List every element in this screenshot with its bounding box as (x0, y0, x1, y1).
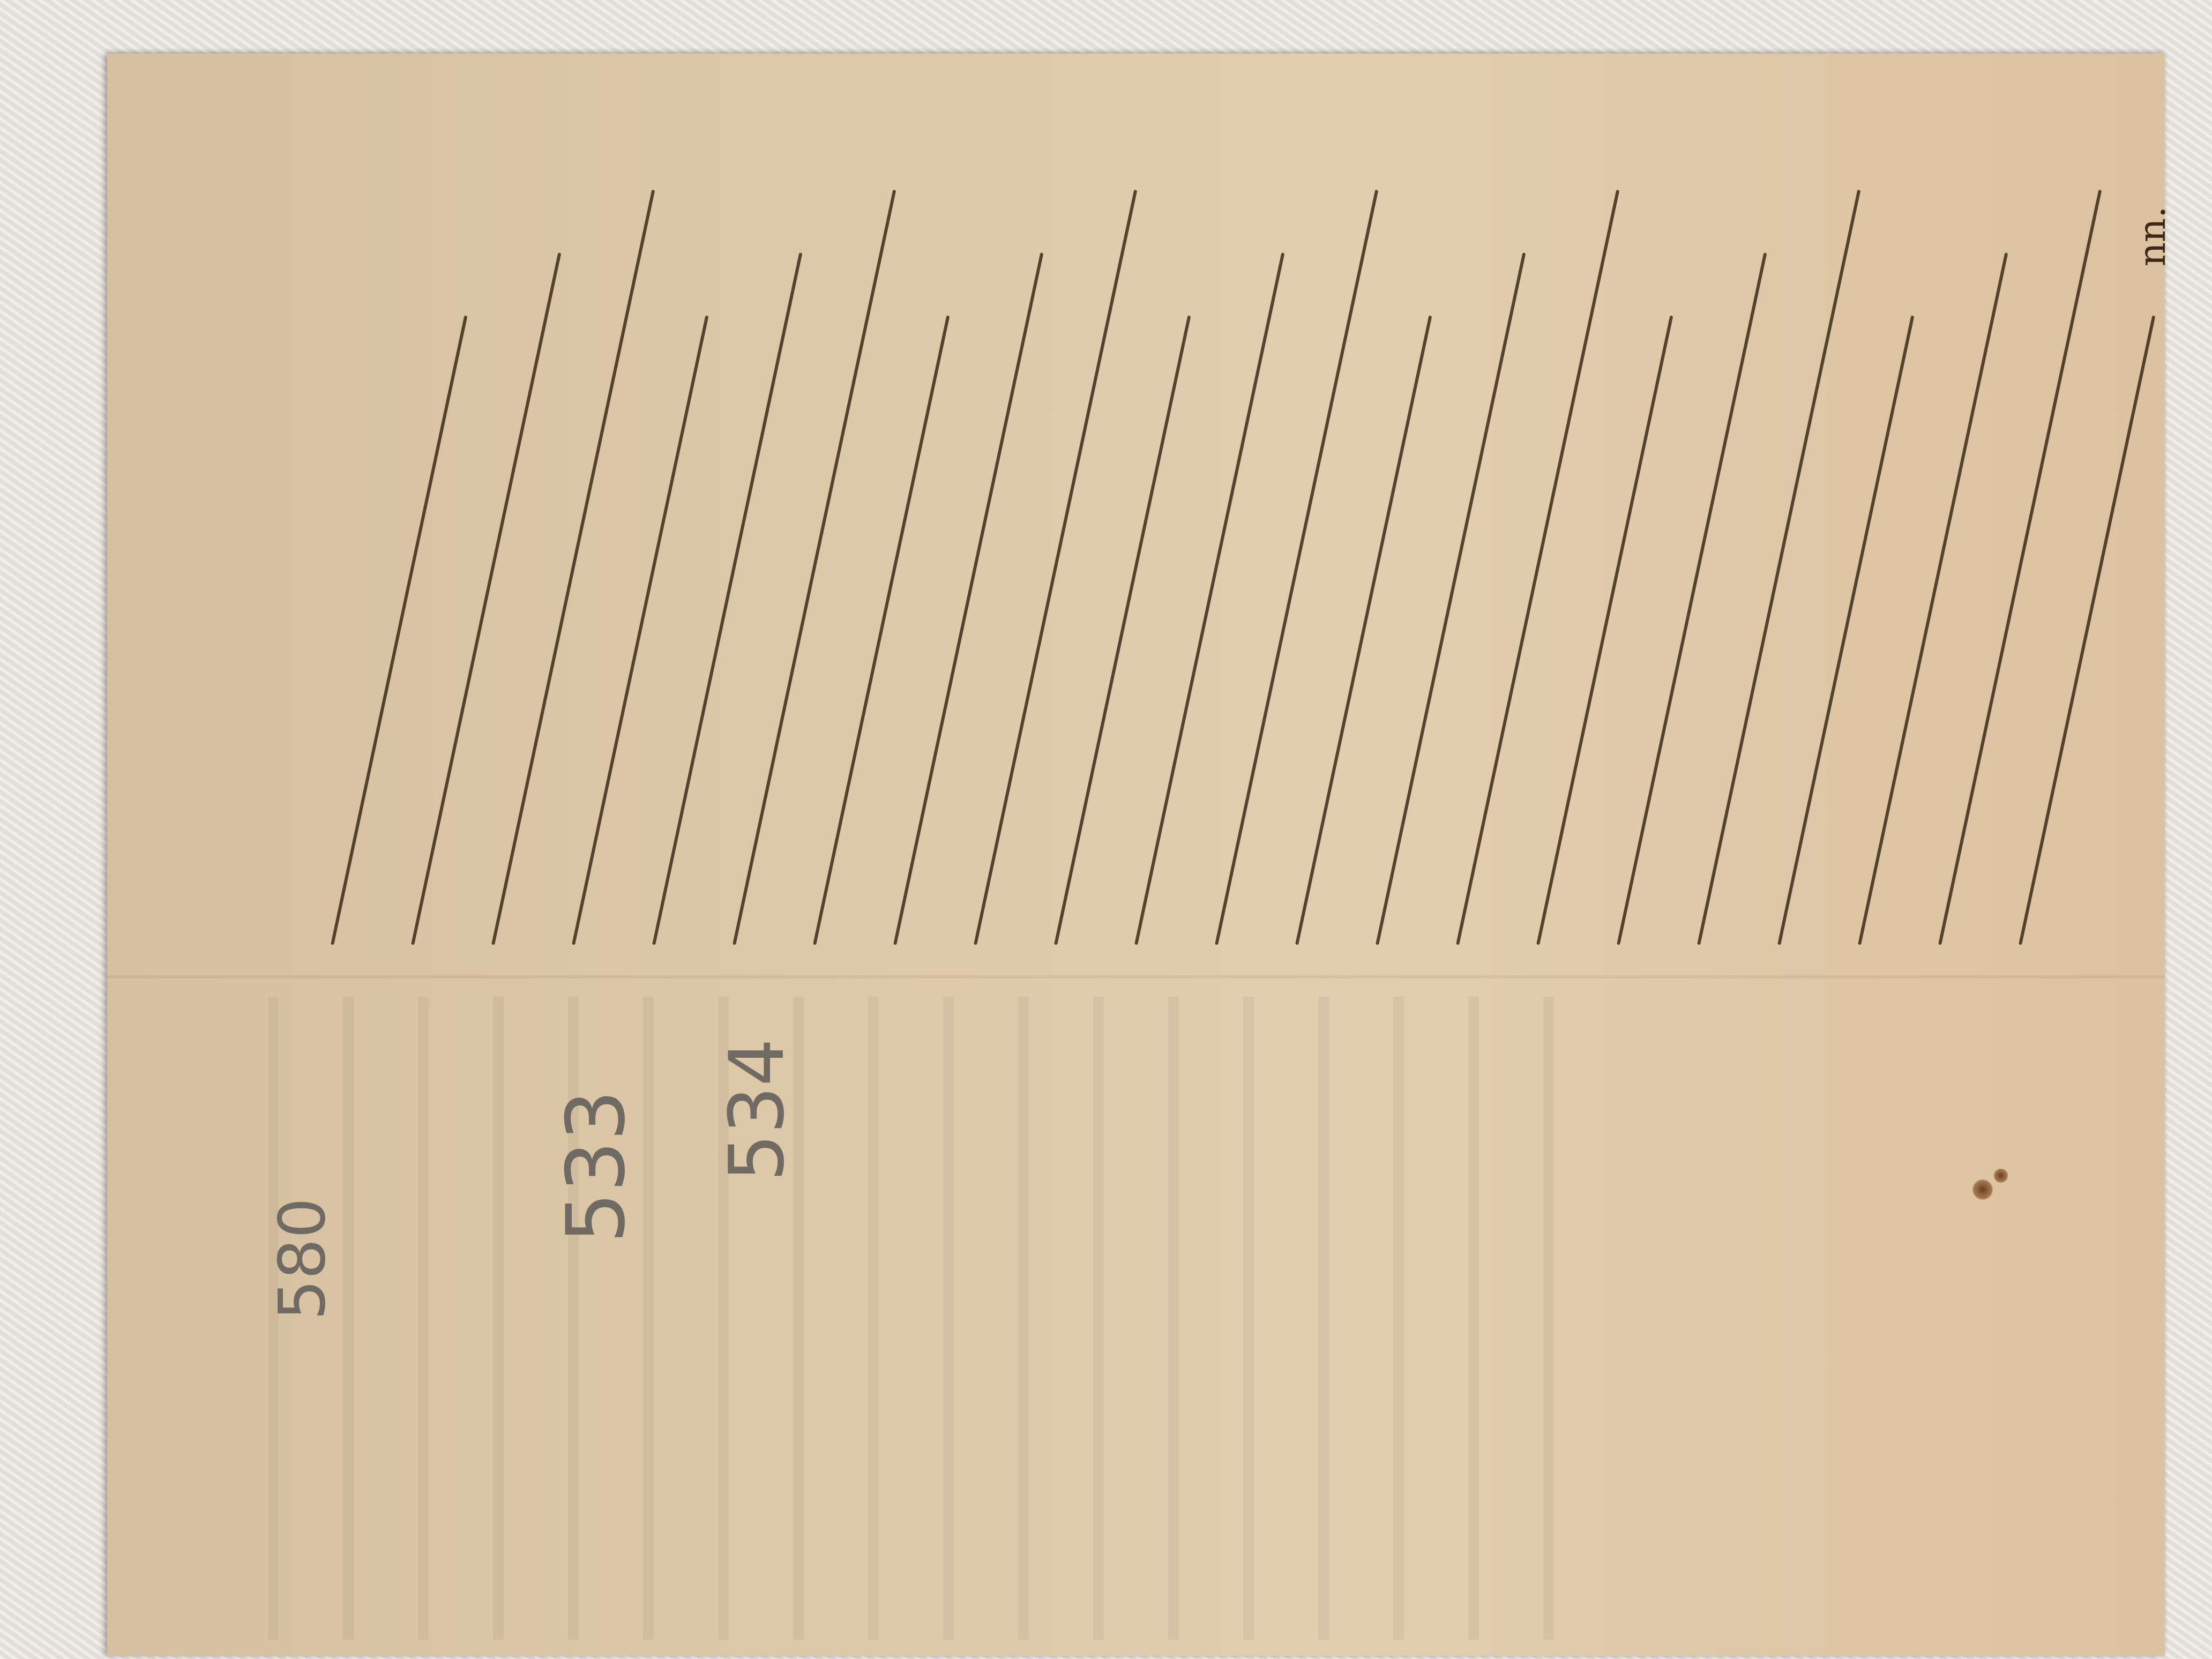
handwritten-line (974, 190, 1137, 945)
handwritten-line (1697, 190, 1860, 945)
handwritten-line (1376, 252, 1526, 945)
handwritten-text-block (193, 139, 2068, 1007)
pencil-folio-number: 533 (550, 1090, 643, 1243)
handwritten-line (411, 252, 561, 945)
handwritten-line (2019, 316, 2155, 945)
handwritten-line (1777, 316, 1914, 945)
pencil-folio-number: 534 (714, 1038, 801, 1182)
handwritten-line (1134, 252, 1284, 945)
continuation-mark: nn. (2130, 206, 2174, 266)
show-through-text (204, 997, 1597, 1640)
handwritten-line (813, 316, 950, 945)
handwritten-line (1054, 316, 1191, 945)
handwritten-line (491, 190, 655, 945)
ink-stain (1972, 1179, 1993, 1200)
handwritten-line (733, 190, 896, 945)
handwritten-line (1456, 190, 1619, 945)
handwritten-line (893, 252, 1043, 945)
pencil-margin-number: 580 (265, 1198, 340, 1320)
handwritten-line (1295, 316, 1432, 945)
handwritten-line (572, 316, 708, 945)
handwritten-line (1215, 190, 1378, 945)
handwritten-line (652, 252, 802, 945)
handwritten-line (1617, 252, 1767, 945)
handwritten-line (331, 316, 467, 945)
ink-stain (1993, 1168, 2008, 1183)
handwritten-line (1938, 190, 2102, 945)
manuscript-page: 533 534 580 nn. (107, 54, 2165, 1656)
handwritten-line (1858, 252, 2008, 945)
handwritten-line (1536, 316, 1673, 945)
